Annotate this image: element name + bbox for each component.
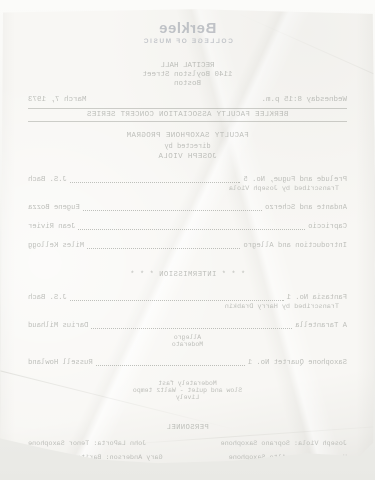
venue-city: Boston (28, 80, 347, 89)
piece-title: A Tarantella (295, 322, 347, 330)
composer-name: Miles Kellogg (28, 242, 84, 250)
dot-leader (96, 365, 245, 366)
composer-name: Russell Howland (28, 359, 93, 367)
berklee-logo-subtitle: COLLEGE OF MUSIC (28, 38, 347, 45)
piece-title: Andante and Scherzo (265, 204, 347, 212)
personnel-entry: Gary Anderson: Baritone Saxophone (28, 454, 163, 462)
dateline-date: March 7, 1973 (28, 96, 87, 104)
intermission-label: * * * INTERMISSION * * * (28, 271, 347, 279)
personnel-entry: John LaPorta: Tenor Saxophone (28, 440, 146, 448)
dot-leader (87, 248, 240, 249)
program-item: Saxophone Quartet No. 1 Russell Howland (28, 359, 347, 367)
personnel-entry: Harry Drabkin: Alto Saxophone (229, 454, 347, 462)
venue-street: 1140 Boylston Street (28, 71, 347, 80)
program-title: FACULTY SAXOPHONE PROGRAM (28, 132, 347, 140)
dot-leader (70, 182, 241, 183)
personnel-row: Joseph Viola: Soprano Saxophone John LaP… (28, 440, 347, 448)
program-item: Introduction and Allegro Miles Kellogg (28, 242, 347, 250)
horizontal-rule (28, 108, 347, 109)
piece-title: Introduction and Allegro (243, 242, 347, 250)
dateline: Wednesday 8:15 p.m. March 7, 1973 (28, 96, 347, 104)
personnel-heading: PERSONNEL (28, 424, 347, 432)
horizontal-rule (28, 121, 347, 122)
composer-name: Eugene Bozza (28, 204, 80, 212)
composer-name: J.S. Bach (28, 294, 67, 302)
series-title: BERKLEE FACULTY ASSOCIATION CONCERT SERI… (28, 111, 347, 119)
dateline-day-time: Wednesday 8:15 p.m. (261, 96, 347, 104)
movement: Moderately fast (28, 380, 347, 387)
mirrored-showthrough-text: Berklee COLLEGE OF MUSIC RECITAL HALL 11… (0, 5, 375, 473)
program-item: Capriccio Jean Rivier (28, 223, 347, 231)
movement: Moderato (28, 341, 347, 348)
program-item: A Tarantella Darius Milhaud (28, 322, 347, 330)
movement: Lively (28, 394, 347, 401)
program-item: Andante and Scherzo Eugene Bozza (28, 204, 347, 212)
venue-block: RECITAL HALL 1140 Boylston Street Boston (28, 62, 347, 89)
paper-sheet: Berklee COLLEGE OF MUSIC RECITAL HALL 11… (0, 5, 375, 473)
dot-leader (70, 300, 284, 301)
piece-title: Capriccio (308, 223, 347, 231)
personnel-row: Harry Drabkin: Alto Saxophone Gary Ander… (28, 454, 347, 462)
scan-background: Berklee COLLEGE OF MUSIC RECITAL HALL 11… (0, 0, 375, 480)
movement-list: Allegro Moderato (28, 334, 347, 348)
concert-program-document: Berklee COLLEGE OF MUSIC RECITAL HALL 11… (0, 5, 375, 462)
composer-name: Darius Milhaud (28, 322, 88, 330)
dot-leader (83, 210, 262, 211)
personnel-entry: Joseph Viola: Soprano Saxophone (221, 440, 347, 448)
piece-title: Saxophone Quartet No. 1 (248, 359, 347, 367)
composer-name: Jean Rivier (28, 223, 75, 231)
piece-title: Fantasia No. 1 (287, 294, 347, 302)
composer-name: J.S. Bach (28, 176, 67, 184)
movement: Slow and quiet - Waltz tempo (28, 387, 347, 394)
director-name: JOSEPH VIOLA (28, 153, 347, 161)
piece-title: Prelude and Fugue, No. 5 (243, 176, 347, 184)
movement-list: Moderately fast Slow and quiet - Waltz t… (28, 380, 347, 401)
transcription-note: Transcribed by Joseph Viola (28, 185, 339, 193)
movement: Allegro (28, 334, 347, 341)
dot-leader (91, 328, 292, 329)
dot-leader (78, 229, 305, 230)
program-item: Fantasia No. 1 J.S. Bach (28, 294, 347, 302)
berklee-logo: Berklee (28, 21, 347, 36)
transcription-note: Transcribed by Harry Drabkin (28, 303, 339, 311)
program-item: Prelude and Fugue, No. 5 J.S. Bach (28, 176, 347, 184)
venue-hall: RECITAL HALL (28, 62, 347, 71)
directed-by-label: directed by (28, 143, 347, 151)
